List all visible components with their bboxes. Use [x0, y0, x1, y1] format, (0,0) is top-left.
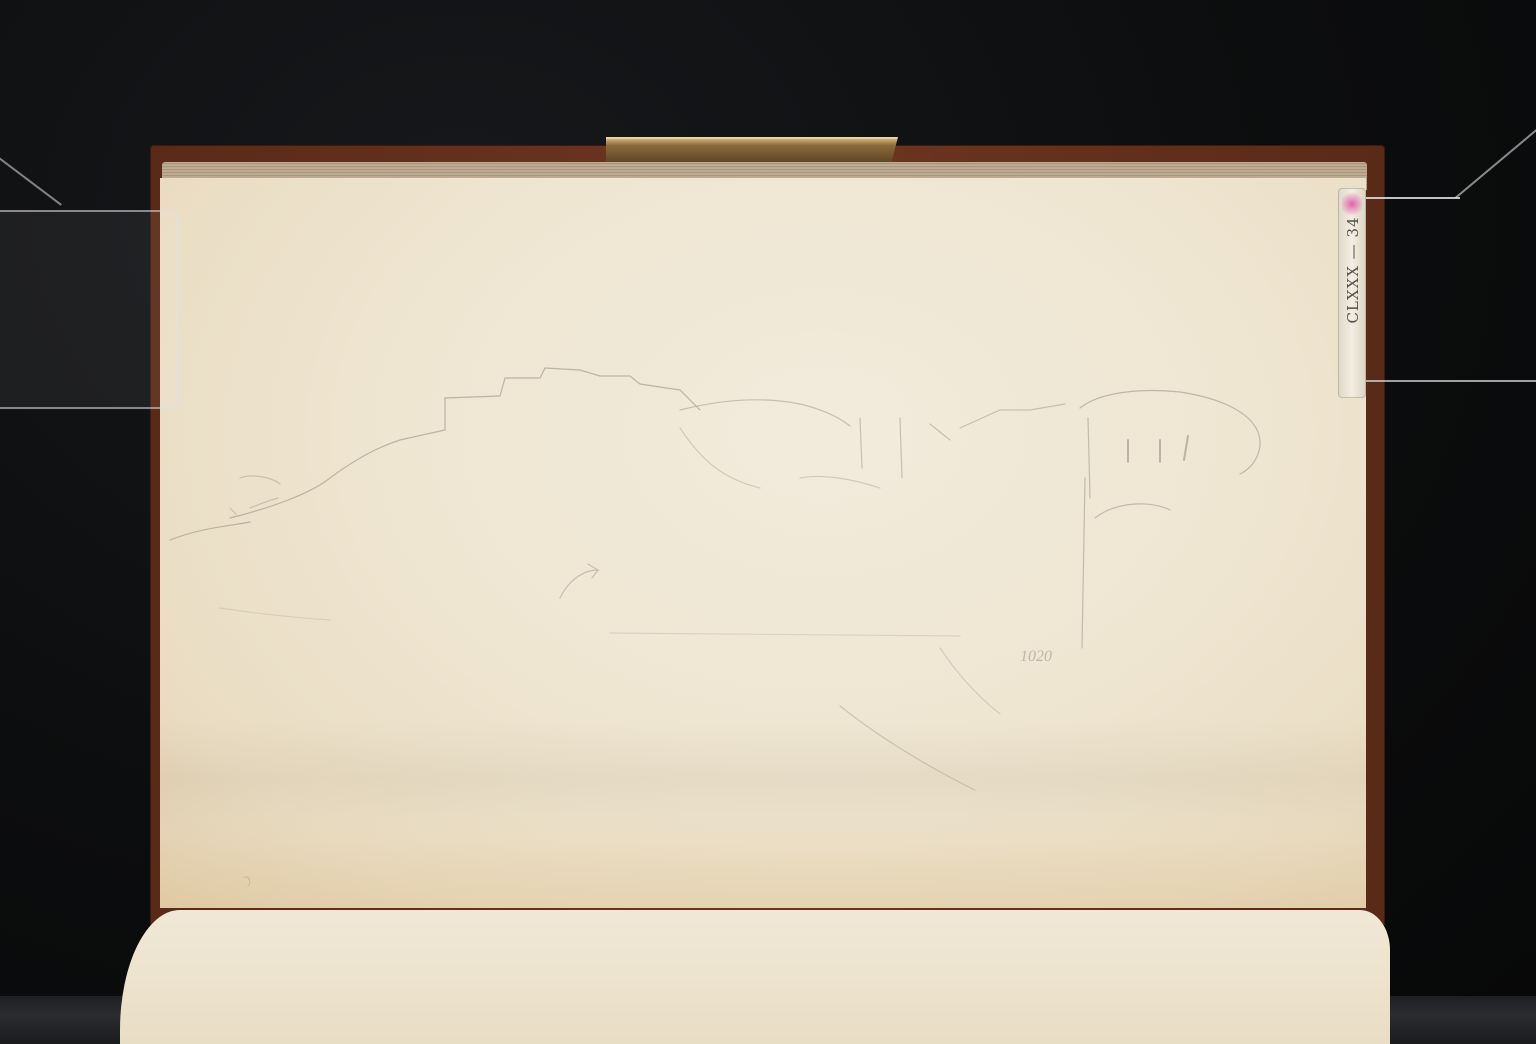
pencil-sketch: [160, 178, 1366, 908]
right-mount-clip-bottom: [1350, 380, 1536, 382]
sketchbook-page: 1020: [160, 178, 1366, 908]
left-mount-clip: [0, 210, 180, 409]
catalogue-label-text: CLXXX — 34: [1344, 216, 1362, 323]
sketch-annotation: 1020: [1020, 648, 1052, 666]
right-mount-clip-top: [1350, 197, 1460, 199]
curled-facing-page: [120, 910, 1390, 1044]
